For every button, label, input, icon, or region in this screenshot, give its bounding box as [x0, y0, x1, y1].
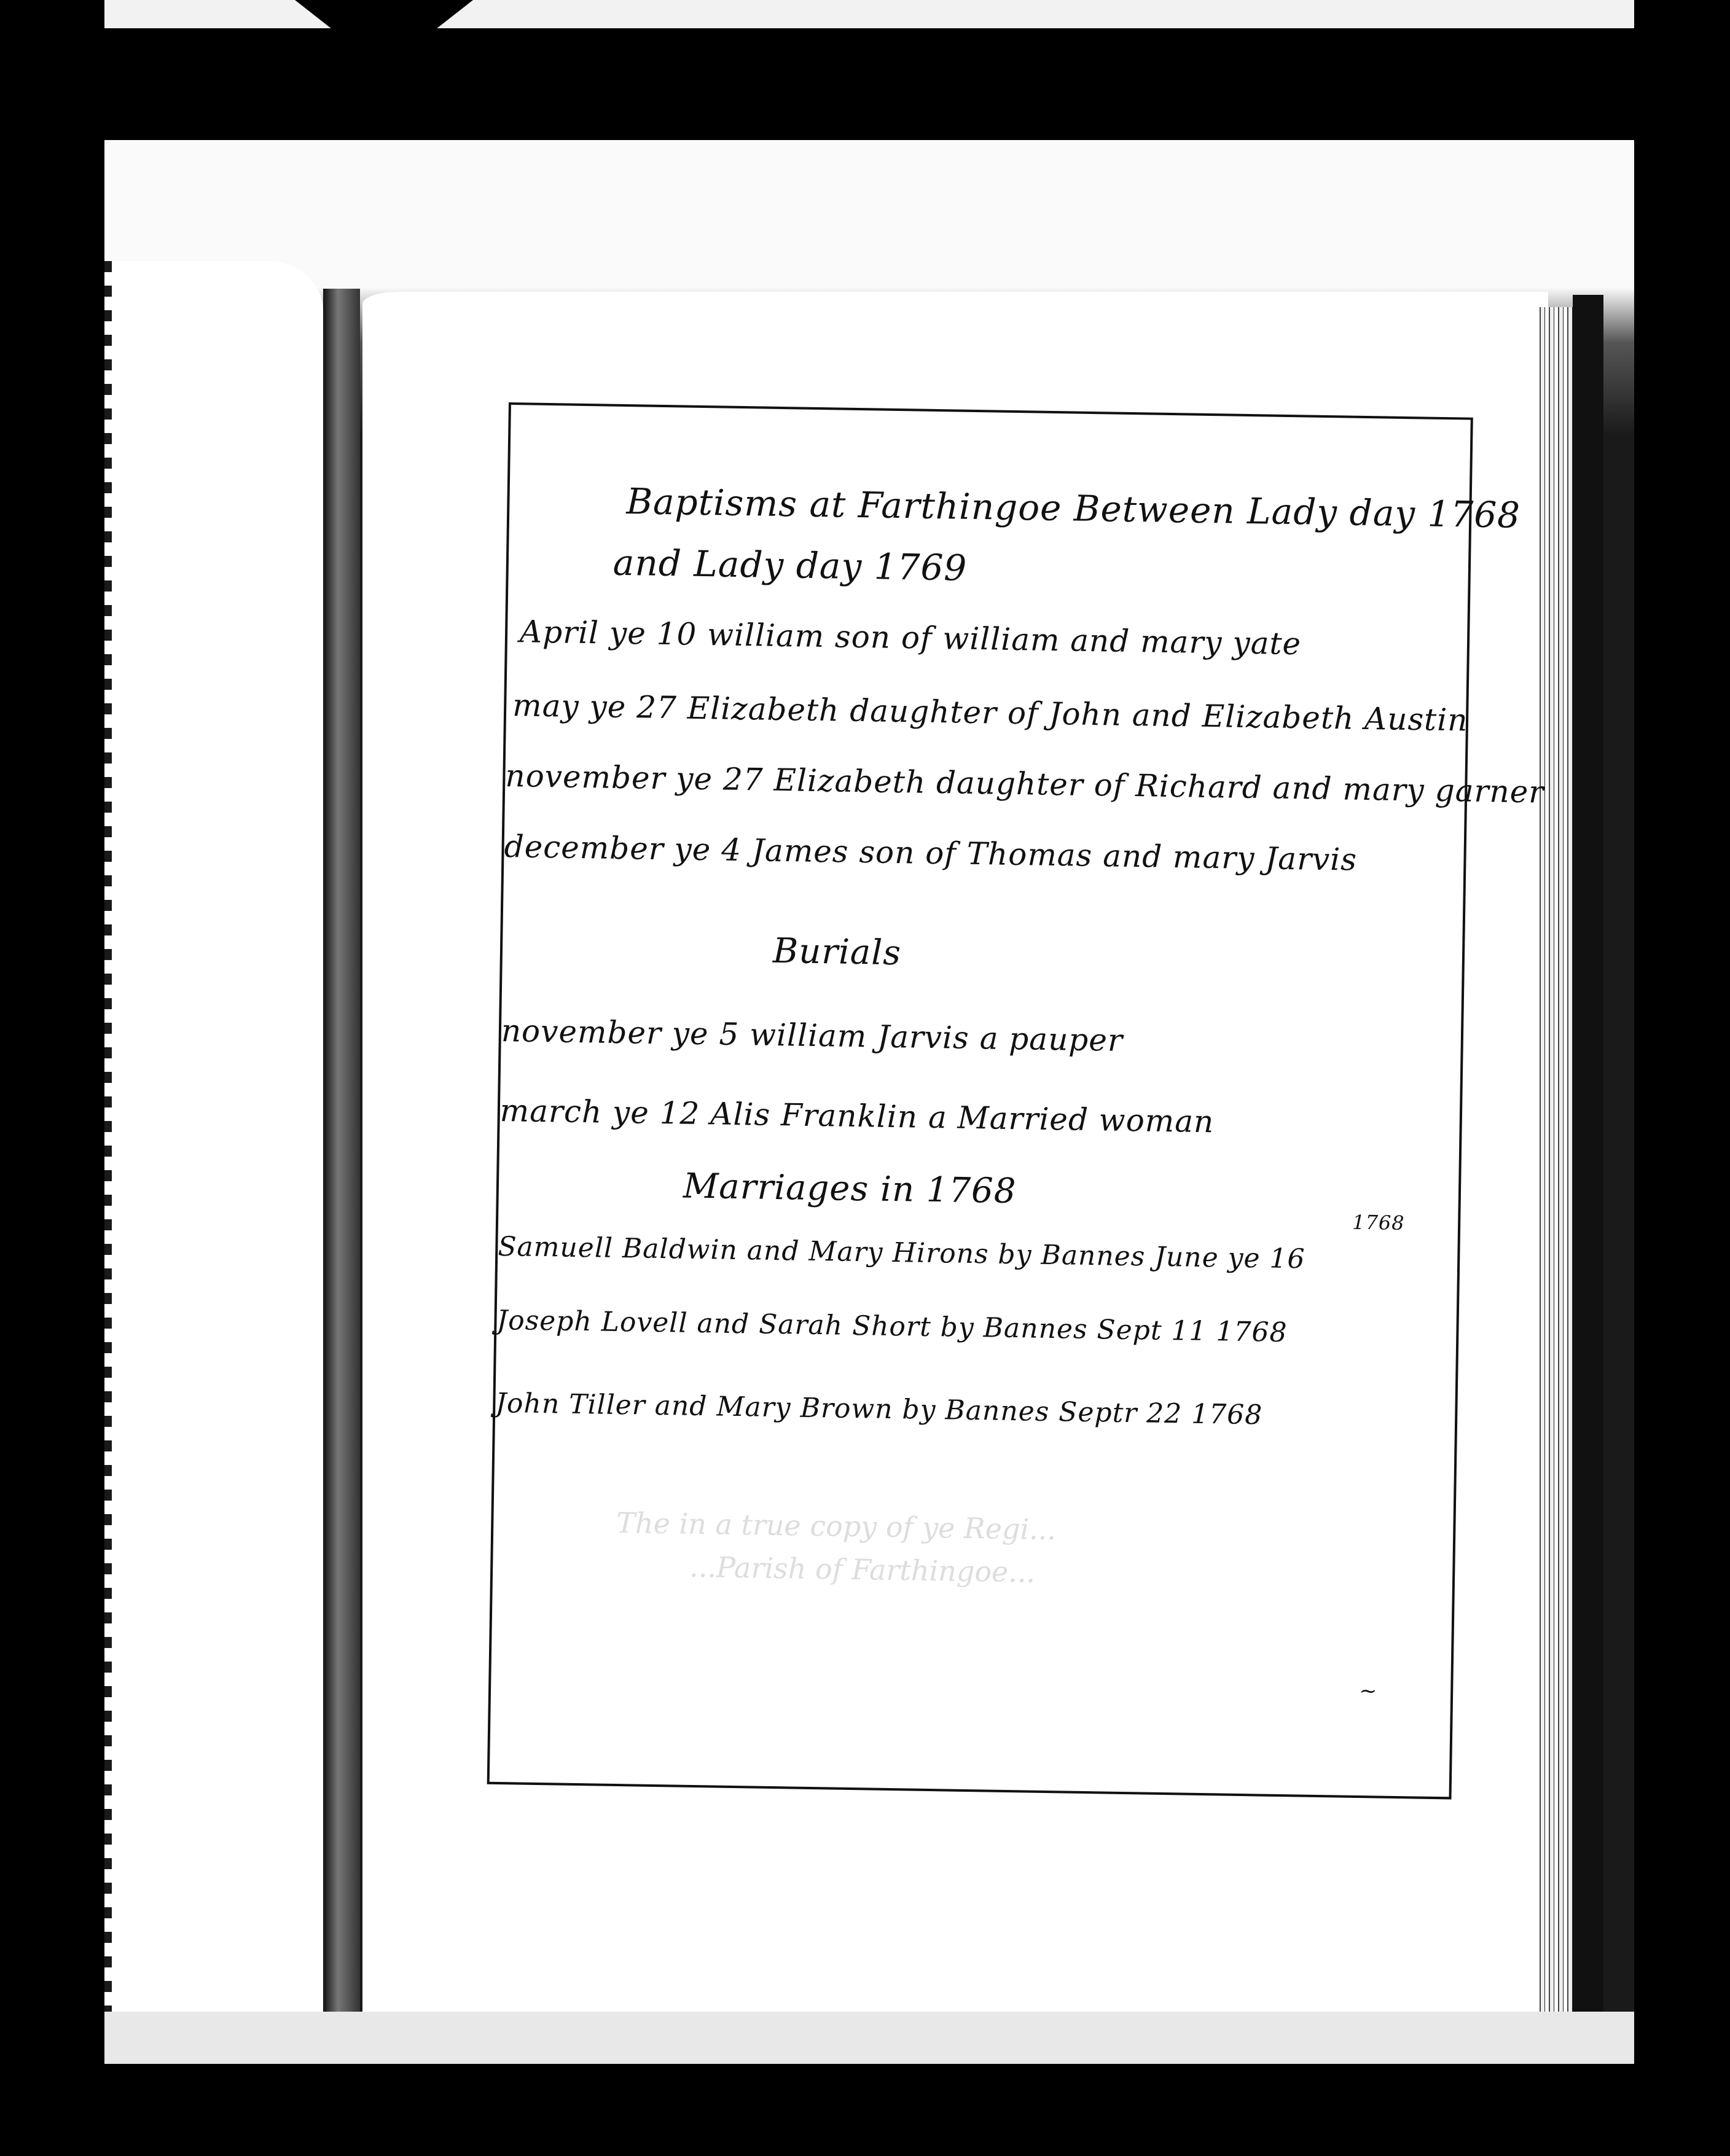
baptism-entry: April ye 10 william son of william and m… [520, 614, 1302, 662]
marriage-year-note: 1768 [1352, 1211, 1405, 1235]
entry-text: william Jarvis a pauper [750, 1017, 1123, 1058]
entry-date: november ye 5 [501, 1013, 739, 1052]
marriage-entry: Samuell Baldwin and Mary Hirons by Banne… [498, 1231, 1305, 1275]
bottom-band [104, 2012, 1634, 2064]
marriage-entry: Joseph Lovell and Sarah Short by Bannes … [496, 1305, 1288, 1348]
bleedthrough-text: The in a true copy of ye Regi... [616, 1506, 1056, 1546]
baptism-entry: december ye 4 James son of Thomas and ma… [504, 829, 1357, 878]
entry-date: may ye 27 [512, 687, 678, 725]
marriage-entry: John Tiller and Mary Brown by Bannes Sep… [495, 1388, 1263, 1431]
baptisms-heading-line2: and Lady day 1769 [613, 542, 967, 589]
entry-date: April ye 10 [520, 614, 697, 652]
bleedthrough-text: ...Parish of Farthingoe... [689, 1550, 1036, 1589]
entry-date: december ye 4 [504, 829, 742, 868]
entry-text: Elizabeth daughter of John and Elizabeth… [687, 690, 1468, 738]
entry-date: march ye 12 [499, 1093, 700, 1131]
entry-text: william son of william and mary yate [707, 617, 1302, 662]
burial-entry: november ye 5 william Jarvis a pauper [501, 1013, 1123, 1058]
entry-text: Alis Franklin a Married woman [710, 1096, 1215, 1139]
baptisms-heading-line1: Baptisms at Farthingoe Between Lady day … [626, 480, 1521, 536]
left-page [104, 261, 323, 2042]
marriages-heading: Marriages in 1768 [683, 1166, 1016, 1212]
book-gutter [323, 289, 360, 2033]
page-stack-edges [1536, 307, 1573, 2015]
entry-text: James son of Thomas and mary Jarvis [752, 832, 1358, 877]
baptism-entry: may ye 27 Elizabeth daughter of John and… [512, 687, 1468, 738]
entry-date: november ye 27 [505, 758, 764, 798]
entry-text: Elizabeth daughter of Richard and mary g… [773, 762, 1544, 810]
burial-entry: march ye 12 Alis Franklin a Married woma… [499, 1093, 1214, 1139]
left-page-edge [104, 261, 112, 2042]
corner-mark: ~ [1359, 1679, 1377, 1703]
register-sheet: Baptisms at Farthingoe Between Lady day … [487, 402, 1473, 1799]
burials-heading: Burials [773, 931, 902, 973]
baptism-entry: november ye 27 Elizabeth daughter of Ric… [505, 758, 1544, 810]
right-shadow [1573, 295, 1603, 2027]
